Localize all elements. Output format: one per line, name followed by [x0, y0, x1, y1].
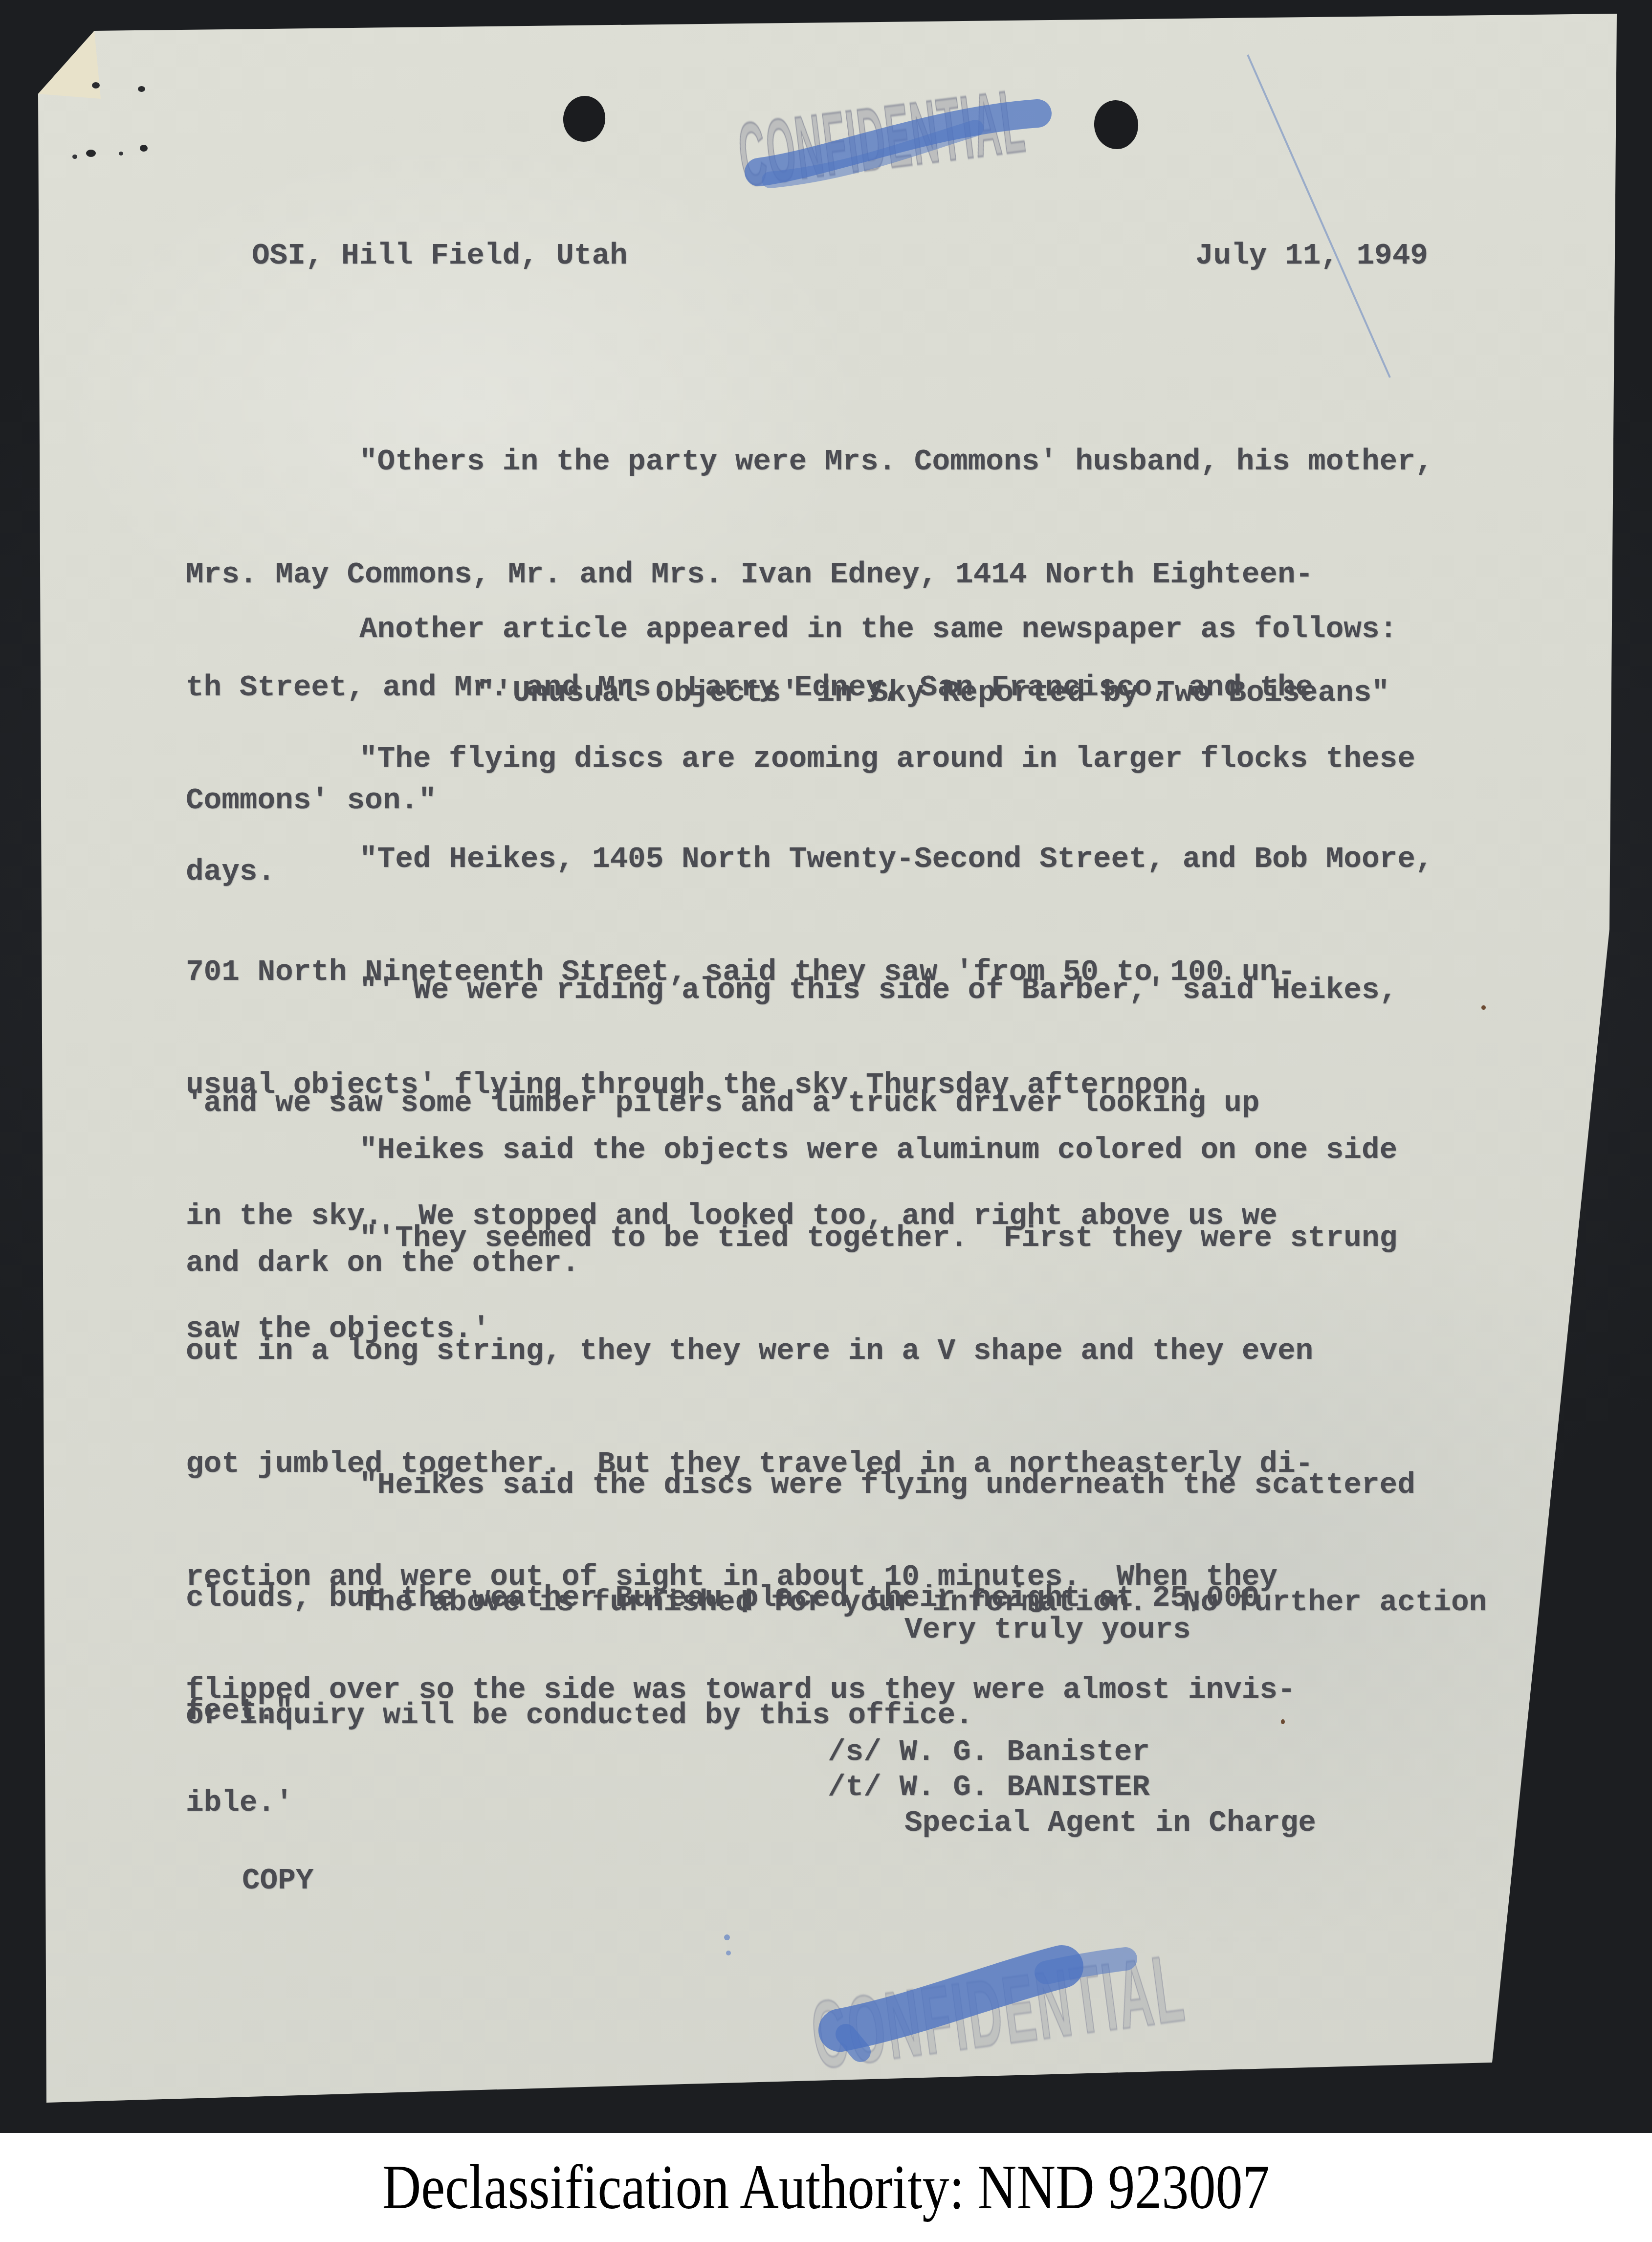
body-line: "Heikes said the discs were flying under… — [186, 1466, 1415, 1504]
speck — [1481, 1005, 1486, 1010]
speck — [72, 155, 77, 159]
body-line: The above is furnished for your informat… — [186, 1584, 1487, 1621]
speck — [86, 150, 96, 157]
closing-line: Very truly yours — [904, 1611, 1191, 1649]
body-line: out in a long string, they they were in … — [186, 1332, 1397, 1370]
body-line: "' We were riding along this side of Bar… — [186, 972, 1397, 1009]
speck — [138, 86, 145, 92]
date-line: July 11, 1949 — [1195, 237, 1428, 275]
signature-typed: /t/ W. G. BANISTER — [828, 1769, 1150, 1806]
speck — [92, 82, 100, 89]
declassification-bar: Declassification Authority: NND 923007 — [0, 2133, 1652, 2242]
speck — [119, 152, 123, 155]
body-line: "Ted Heikes, 1405 North Twenty-Second St… — [186, 841, 1433, 878]
speck — [140, 145, 148, 152]
signature-title: Special Agent in Charge — [904, 1804, 1316, 1842]
signature-signed: /s/ W. G. Banister — [828, 1733, 1150, 1771]
declassification-authority-text: Declassification Authority: NND 923007 — [382, 2151, 1270, 2224]
scanned-document-page: CONFIDENTIAL CONFIDENTIAL OSI, Hill Fiel… — [0, 0, 1652, 2242]
copy-label: COPY — [242, 1862, 313, 1900]
body-line: or inquiry will be conducted by this off… — [186, 1697, 1487, 1734]
body-line: "Others in the party were Mrs. Commons' … — [186, 443, 1433, 481]
body-line: "'They seemed to be tied together. First… — [186, 1220, 1397, 1257]
office-line: OSI, Hill Field, Utah — [252, 237, 628, 275]
